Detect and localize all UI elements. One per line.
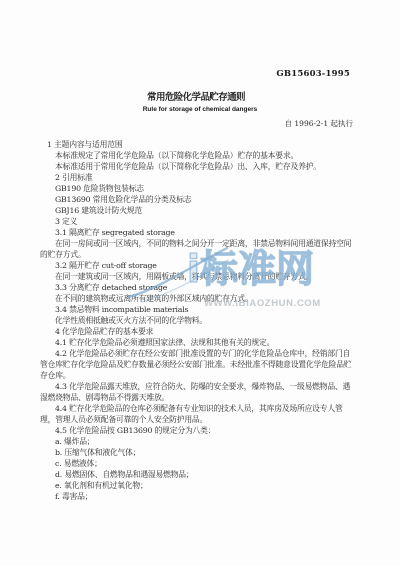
clause-4-4: 4.4 贮存化学危险品的仓库必须配备有专业知识的技术人员，其库房及场所应设专人管 xyxy=(40,403,362,414)
document-line: 存仓库。 xyxy=(40,370,362,381)
document-page: GB15603-1995 常用危险化学品贮存通则 Rule for storag… xyxy=(0,0,400,566)
document-line: 管仓库贮存化学危险品及贮存数量必须经公安部门批准。未经批准不得随意设置化学危险品… xyxy=(40,359,362,370)
clause-3-3-heading: 3.3 分离贮存 detached storage xyxy=(40,282,362,293)
document-line: 在不同的建筑物或远离所有建筑的外部区域内的贮存方式。 xyxy=(40,293,362,304)
document-line: 化学性质相抵触或灭火方法不同的化学物料。 xyxy=(40,315,362,326)
document-line: GB190 危险货物包装标志 xyxy=(40,183,362,194)
clause-4-5: 4.5 化学危险品按 GB13690 的规定分为八类： xyxy=(40,425,362,436)
clause-3-1-heading: 3.1 隔离贮存 segregated storage xyxy=(40,227,362,238)
clause-4-3: 4.3 化学危险品露天堆放，应符合防火、防爆的安全要求，爆炸物品、一级易燃物品、… xyxy=(40,381,362,392)
clause-4-1: 4.1 贮存化学危险品必须遵照国家法律、法规和其他有关的规定。 xyxy=(40,337,362,348)
document-line: GB13690 常用危险化学品的分类及标志 xyxy=(40,194,362,205)
document-body: 1 主题内容与适用范围 本标准规定了常用化学危险品（以下简称化学危险品）贮存的基… xyxy=(40,139,362,502)
list-item-c: c. 易燃液体； xyxy=(40,458,362,469)
document-line: 的贮存方式。 xyxy=(40,249,362,260)
document-line: 在同一建筑或同一区域内，用隔板或墙，将其与禁忌物料分离开的贮存方式。 xyxy=(40,271,362,282)
document-line: GBJ16 建筑设计防火规范 xyxy=(40,205,362,216)
section-3-heading: 3 定义 xyxy=(40,216,362,227)
effective-date-note: 自 1996-2-1 起执行 xyxy=(285,118,353,129)
page-subtitle-english: Rule for storage of chemical dangers xyxy=(0,106,400,113)
section-4-heading: 4 化学危险品贮存的基本要求 xyxy=(40,326,362,337)
document-line: 湿燃烧物品、剧毒物品不得露天堆放。 xyxy=(40,392,362,403)
section-1-heading: 1 主题内容与适用范围 xyxy=(40,139,362,150)
standard-code: GB15603-1995 xyxy=(276,69,350,79)
clause-3-4-heading: 3.4 禁忌物料 incompatible materials xyxy=(40,304,362,315)
page-title: 常用危险化学品贮存通则 xyxy=(0,89,392,103)
list-item-a: a. 爆炸品； xyxy=(40,436,362,447)
list-item-d: d. 易燃固体、自燃物品和遇湿易燃物品； xyxy=(40,469,362,480)
list-item-f: f. 毒害品； xyxy=(40,491,362,502)
document-line: 在同一房间或同一区域内，不同的物料之间分开一定距离，非禁忌物料间用通道保持空间 xyxy=(40,238,362,249)
document-line: 本标准适用于常用化学危险品（以下简称化学危险品）出、入库，贮存及养护。 xyxy=(40,161,362,172)
clause-3-2-heading: 3.2 隔开贮存 cut-off storage xyxy=(40,260,362,271)
list-item-b: b. 压缩气体和液化气体； xyxy=(40,447,362,458)
list-item-e: e. 氧化剂和有机过氧化物； xyxy=(40,480,362,491)
document-line: 理，管理人员必须配备可靠的个人安全防护用品。 xyxy=(40,414,362,425)
document-line: 本标准规定了常用化学危险品（以下简称化学危险品）贮存的基本要求。 xyxy=(40,150,362,161)
clause-4-2: 4.2 化学危险品必须贮存在经公安部门批准设置的专门的化学危险品仓库中，经销部门… xyxy=(40,348,362,359)
section-2-heading: 2 引用标准 xyxy=(40,172,362,183)
